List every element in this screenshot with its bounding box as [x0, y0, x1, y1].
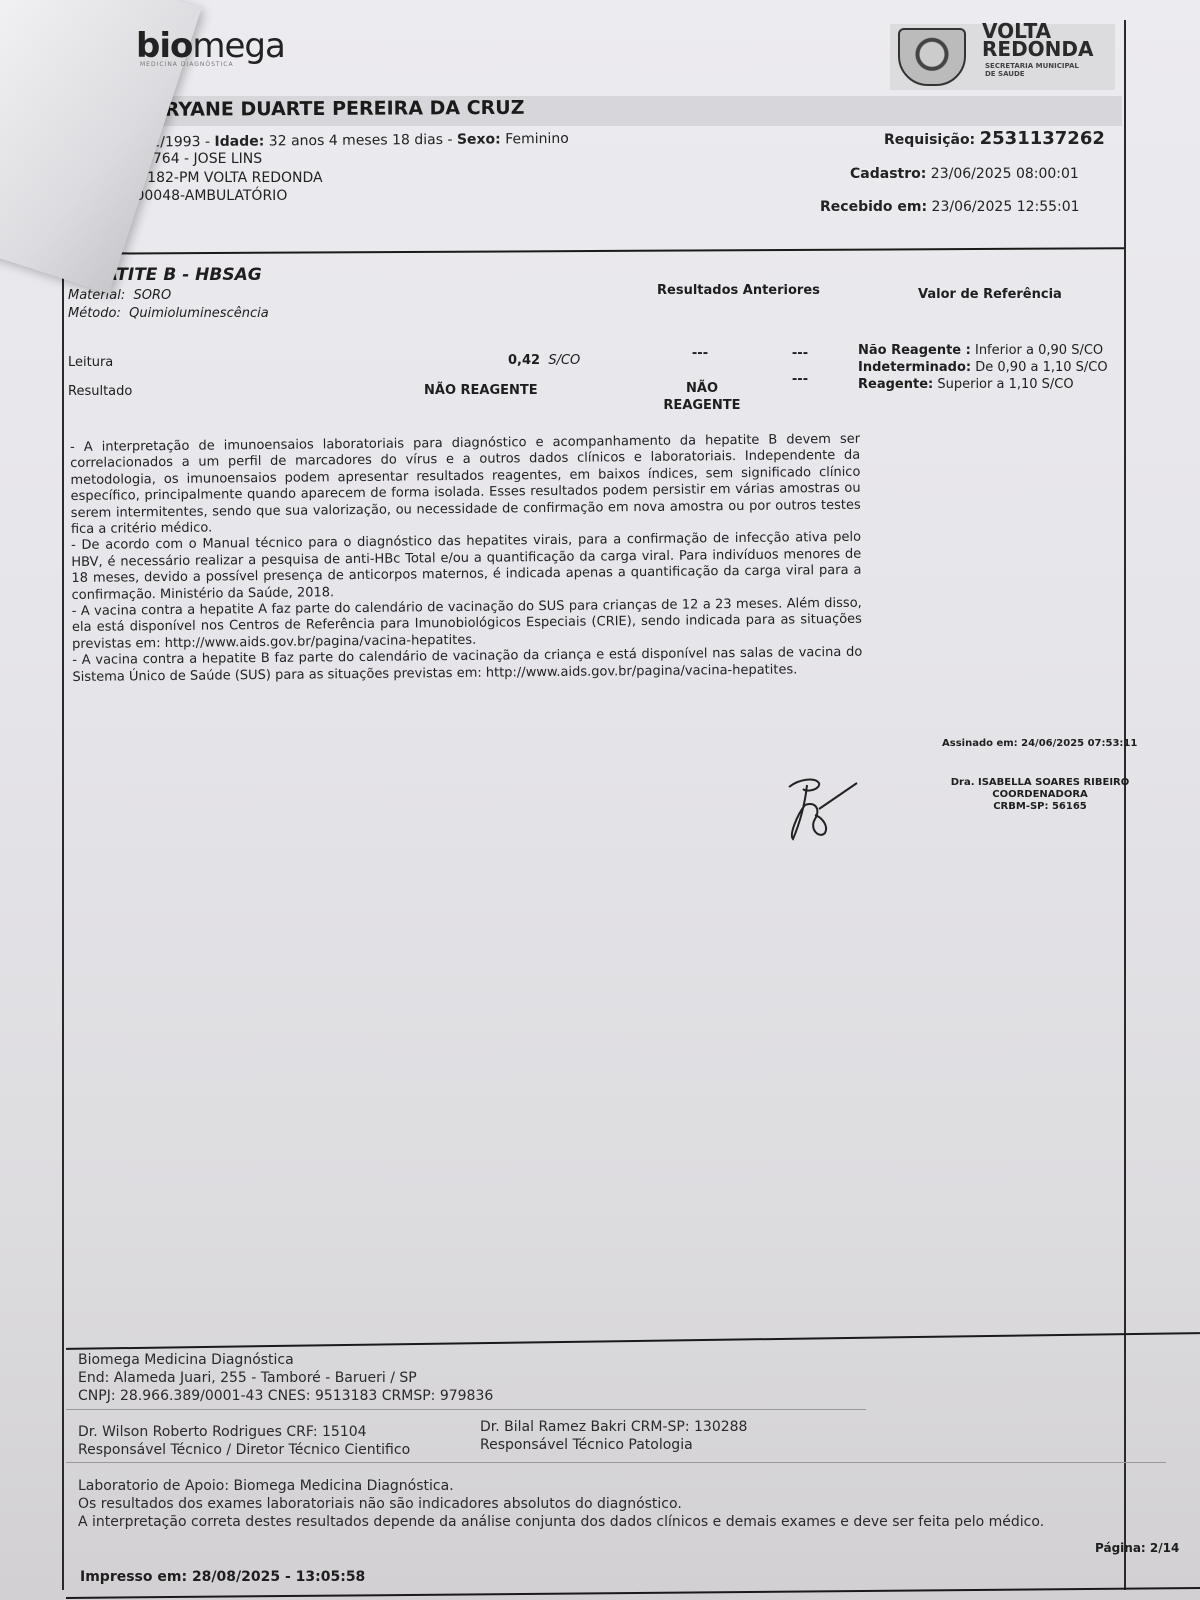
- page-number: Página: 2/14: [1095, 1541, 1179, 1555]
- material-value: SORO: [133, 288, 171, 303]
- coat-of-arms-icon: [898, 28, 966, 86]
- registered-value: 23/06/2025 08:00:01: [931, 166, 1079, 182]
- printed-at: Impresso em: 28/08/2025 - 13:05:58: [80, 1569, 365, 1585]
- tech2-role: Responsável Técnico Patologia: [480, 1437, 693, 1453]
- method-value: Quimioluminescência: [129, 306, 269, 321]
- disclaimer-1: Os resultados dos exames laboratoriais n…: [78, 1496, 682, 1512]
- footer-address: End: Alameda Juari, 255 - Tamboré - Baru…: [78, 1370, 417, 1386]
- unit-value: 182-PM VOLTA REDONDA: [147, 170, 322, 186]
- received-line: Recebido em: 23/06/2025 12:55:01: [820, 199, 1080, 215]
- result-previous-2: ---: [780, 372, 820, 387]
- disclaimer-2: A interpretação correta destes resultado…: [78, 1514, 1044, 1530]
- clinical-notes: - A interpretação de imunoensaios labora…: [70, 432, 863, 686]
- municipality-title: VOLTA REDONDA: [982, 22, 1093, 58]
- reference-indeterminate: Indeterminado: De 0,90 a 1,10 S/CO: [858, 359, 1128, 376]
- registered-line: Cadastro: 23/06/2025 08:00:01: [850, 166, 1079, 182]
- logo-subtitle: MEDICINA DIAGNÓSTICA: [140, 61, 234, 68]
- requisition-line: Requisição: 2531137262: [884, 128, 1105, 149]
- reading-value-cell: 0,42 S/CO: [508, 353, 580, 368]
- signer-block: Dra. ISABELLA SOARES RIBEIRO COORDENADOR…: [950, 777, 1130, 813]
- reference-label: Indeterminado:: [858, 360, 971, 375]
- footer-company: Biomega Medicina Diagnóstica: [78, 1352, 294, 1368]
- logo-bold-part: bio: [136, 26, 192, 66]
- reference-nonreactive: Não Reagente : Inferior a 0,90 S/CO: [858, 342, 1128, 359]
- sex-value: Feminino: [505, 131, 569, 148]
- note-paragraph: - A interpretação de imunoensaios labora…: [70, 432, 861, 539]
- municipality-subtitle: SECRETARIA MUNICIPAL DE SAUDE: [985, 62, 1079, 78]
- biomega-logo: biomega: [136, 26, 285, 66]
- material-label: Material:: [68, 288, 125, 303]
- printed-label: Impresso em:: [80, 1569, 187, 1585]
- logo-light-part: mega: [192, 26, 284, 66]
- footer-thin-divider: [66, 1409, 866, 1410]
- method-line: Método: Quimioluminescência: [68, 306, 269, 321]
- result-previous-1: NÃO REAGENTE: [655, 380, 749, 414]
- patient-name-value: ARYANE DUARTE PEREIRA DA CRUZ: [150, 97, 525, 121]
- reference-label: Reagente:: [858, 377, 933, 392]
- reading-unit: S/CO: [548, 353, 580, 368]
- sex-label: Sexo:: [457, 131, 501, 147]
- result-value: NÃO REAGENTE: [424, 383, 538, 398]
- signer-registry: CRBM-SP: 56165: [950, 801, 1130, 813]
- tech1-name: Dr. Wilson Roberto Rodrigues CRF: 15104: [78, 1424, 367, 1440]
- handwritten-signature-icon: [785, 775, 860, 845]
- age-value: 32 anos 4 meses 18 dias: [269, 132, 443, 150]
- previous-results-header: Resultados Anteriores: [657, 283, 820, 298]
- received-label: Recebido em:: [820, 199, 927, 215]
- requisition-number: 2531137262: [980, 128, 1105, 149]
- reference-reactive: Reagente: Superior a 1,10 S/CO: [858, 376, 1128, 393]
- reference-header: Valor de Referência: [918, 287, 1062, 302]
- age-label: Idade:: [214, 133, 264, 149]
- municipality-subtitle-line1: SECRETARIA MUNICIPAL: [985, 62, 1079, 70]
- signer-role: COORDENADORA: [950, 789, 1130, 801]
- support-lab: Laboratorio de Apoio: Biomega Medicina D…: [78, 1478, 454, 1494]
- reference-values: Não Reagente : Inferior a 0,90 S/CO Inde…: [858, 342, 1128, 393]
- post-value: 000048-AMBULATÓRIO: [127, 188, 288, 204]
- reference-text: De 0,90 a 1,10 S/CO: [975, 360, 1107, 375]
- signer-name: Dra. ISABELLA SOARES RIBEIRO: [950, 777, 1130, 789]
- signed-label: Assinado em:: [942, 738, 1018, 749]
- method-label: Método:: [68, 306, 121, 321]
- signed-value: 24/06/2025 07:53:11: [1021, 738, 1137, 749]
- reference-label: Não Reagente :: [858, 343, 971, 358]
- material-line: Material: SORO: [68, 288, 171, 303]
- reading-previous-2: ---: [780, 346, 820, 361]
- result-label: Resultado: [68, 384, 132, 399]
- reference-text: Superior a 1,10 S/CO: [937, 377, 1073, 392]
- tech1-role: Responsável Técnico / Diretor Técnico Ci…: [78, 1442, 410, 1458]
- tech2-name: Dr. Bilal Ramez Bakri CRM-SP: 130288: [480, 1419, 747, 1435]
- signed-at: Assinado em: 24/06/2025 07:53:11: [942, 738, 1137, 749]
- lab-report-page: biomega MEDICINA DIAGNÓSTICA VOLTA REDON…: [0, 0, 1200, 1600]
- municipality-subtitle-line2: DE SAUDE: [985, 70, 1079, 78]
- printed-value: 28/08/2025 - 13:05:58: [192, 1569, 365, 1585]
- received-value: 23/06/2025 12:55:01: [932, 199, 1080, 215]
- footer-ids: CNPJ: 28.966.389/0001-43 CNES: 9513183 C…: [78, 1388, 493, 1404]
- reading-label: Leitura: [68, 355, 113, 370]
- note-paragraph: - De acordo com o Manual técnico para o …: [71, 530, 862, 604]
- reading-value: 0,42: [508, 353, 540, 368]
- footer-thin-divider: [66, 1462, 1166, 1463]
- municipality-title-line2: REDONDA: [982, 40, 1093, 58]
- registered-label: Cadastro:: [850, 166, 926, 182]
- reference-text: Inferior a 0,90 S/CO: [975, 343, 1103, 358]
- reading-previous-1: ---: [680, 346, 720, 361]
- note-paragraph: - A vacina contra a hepatite A faz parte…: [72, 596, 862, 653]
- requisition-label: Requisição:: [884, 132, 975, 148]
